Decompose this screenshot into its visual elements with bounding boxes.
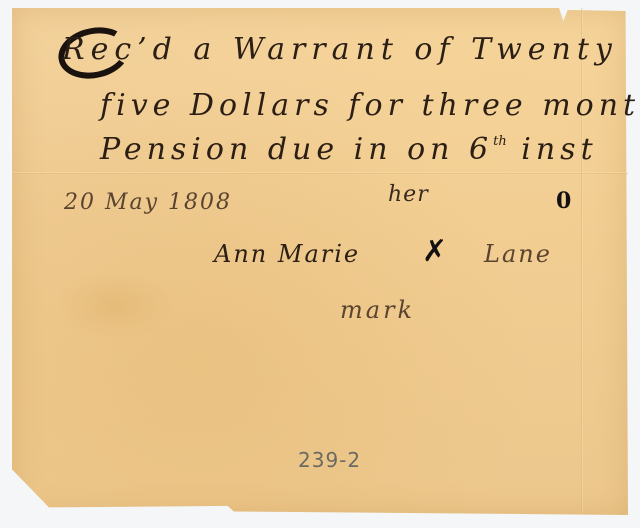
ordinal-superscript: th	[493, 134, 507, 149]
horizontal-fold-line	[12, 172, 628, 174]
document-date: 20 May 1808	[64, 190, 232, 215]
signer-last-name: Lane	[484, 240, 552, 268]
body-line-2: five Dollars for three months	[100, 88, 640, 123]
body-line-3: Pension due in on 6th inst	[100, 132, 598, 167]
archive-number: 239-2	[298, 448, 361, 472]
her-label: her	[388, 182, 429, 207]
paper-stain	[55, 270, 175, 340]
signature-cross-mark: ✗	[422, 234, 451, 269]
corner-mark: 0	[556, 188, 575, 214]
body-line-3-tail: inst	[521, 132, 597, 167]
signer-first-name: Ann Marie	[214, 240, 360, 268]
mark-label: mark	[340, 296, 415, 324]
vertical-fold-line	[581, 8, 583, 513]
body-line-3-text: Pension due in on 6	[100, 132, 493, 167]
body-line-1: Rec’d a Warrant of Twenty	[62, 32, 618, 67]
